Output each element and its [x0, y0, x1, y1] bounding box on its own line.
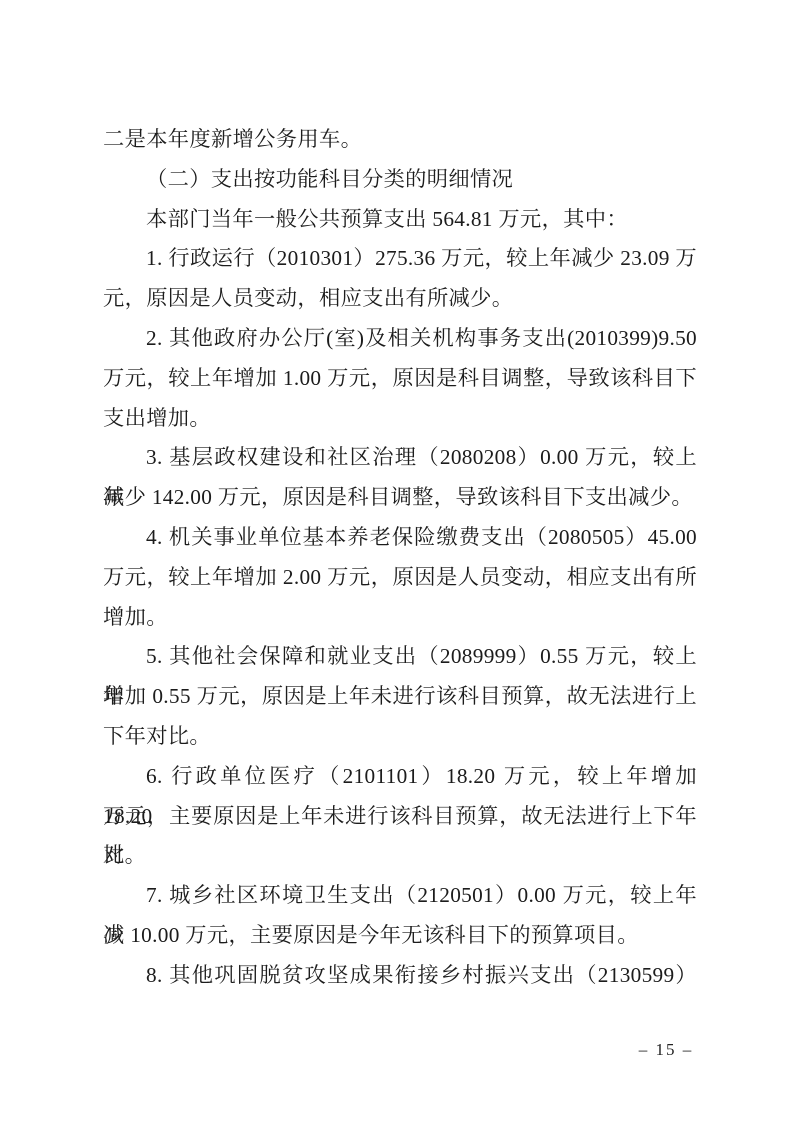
- text-line: 7. 城乡社区环境卫生支出（2120501）0.00 万元，较上年减: [103, 876, 697, 916]
- text-line: 下年对比。: [103, 717, 697, 757]
- text-line: 减少 142.00 万元，原因是科目调整，导致该科目下支出减少。: [103, 478, 697, 518]
- text-line: 支出增加。: [103, 399, 697, 439]
- text-line: 万元，较上年增加 2.00 万元，原因是人员变动，相应支出有所: [103, 558, 697, 598]
- body-text: 二是本年度新增公务用车。 （二）支出按功能科目分类的明细情况 本部门当年一般公共…: [103, 120, 697, 996]
- section-heading: （二）支出按功能科目分类的明细情况: [103, 160, 697, 200]
- text-line: 2. 其他政府办公厅(室)及相关机构事务支出(2010399)9.50: [103, 319, 697, 359]
- text-line: 万元，主要原因是上年未进行该科目预算，故无法进行上下年对: [103, 797, 697, 837]
- text-line: 3. 基层政权建设和社区治理（2080208）0.00 万元，较上年: [103, 438, 697, 478]
- text-line: 本部门当年一般公共预算支出 564.81 万元，其中：: [103, 200, 697, 240]
- text-line: 8. 其他巩固脱贫攻坚成果衔接乡村振兴支出（2130599）: [103, 956, 697, 996]
- text-line: 5. 其他社会保障和就业支出（2089999）0.55 万元，较上年: [103, 637, 697, 677]
- text-line: 比。: [103, 836, 697, 876]
- text-line: 少 10.00 万元，主要原因是今年无该科目下的预算项目。: [103, 916, 697, 956]
- text-line: 6. 行政单位医疗（2101101）18.20 万元，较上年增加 18.20: [103, 757, 697, 797]
- text-line: 二是本年度新增公务用车。: [103, 120, 697, 160]
- text-line: 万元，较上年增加 1.00 万元，原因是科目调整，导致该科目下: [103, 359, 697, 399]
- text-line: 4. 机关事业单位基本养老保险缴费支出（2080505）45.00: [103, 518, 697, 558]
- page-number: – 15 –: [606, 1040, 726, 1060]
- text-line: 增加。: [103, 598, 697, 638]
- text-line: 增加 0.55 万元，原因是上年未进行该科目预算，故无法进行上: [103, 677, 697, 717]
- document-page: 二是本年度新增公务用车。 （二）支出按功能科目分类的明细情况 本部门当年一般公共…: [0, 0, 793, 1122]
- text-line: 元，原因是人员变动，相应支出有所减少。: [103, 279, 697, 319]
- text-line: 1. 行政运行（2010301）275.36 万元，较上年减少 23.09 万: [103, 239, 697, 279]
